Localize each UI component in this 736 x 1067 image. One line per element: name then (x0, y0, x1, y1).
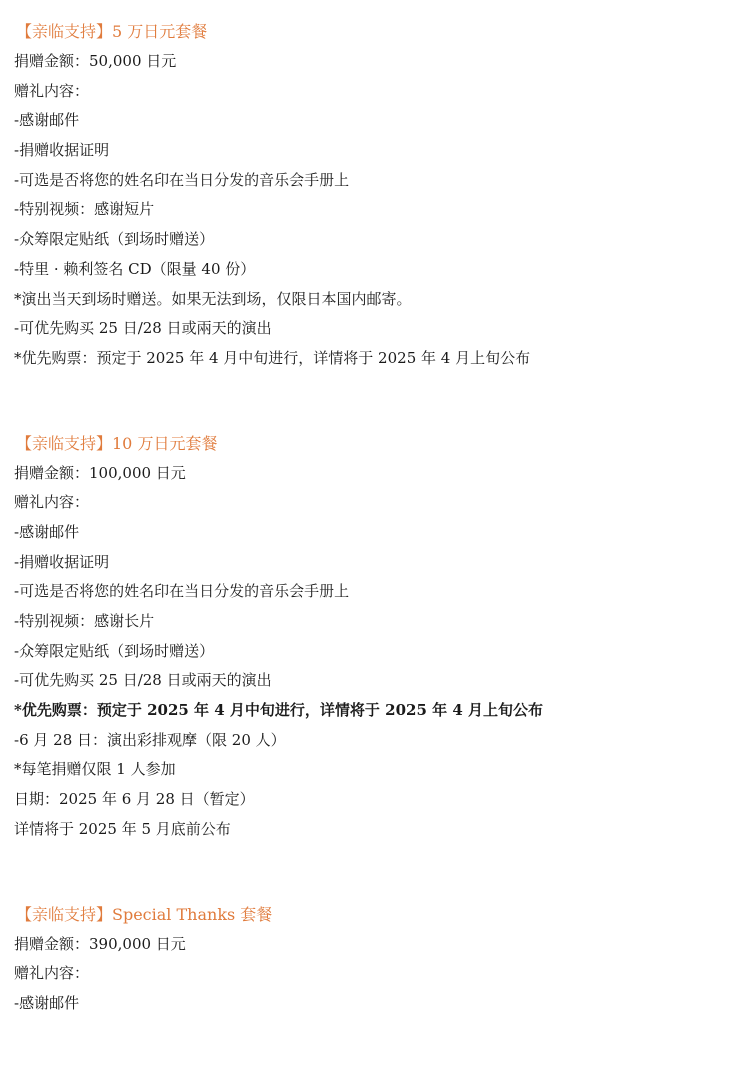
reward-item: -可优先购买 25 日/28 日或兩天的演出 (14, 314, 736, 344)
reward-note: *优先购票：预定于 2025 年 4 月中旬进行，详情将于 2025 年 4 月… (14, 344, 736, 374)
document: 【亲临支持】5 万日元套餐 捐赠金额：50,000 日元 赠礼内容： -感谢邮件… (0, 0, 736, 1019)
reward-item: -可选是否将您的姓名印在当日分发的音乐会手册上 (14, 166, 736, 196)
reward-item: -众筹限定贴纸（到场时赠送） (14, 637, 736, 667)
donation-amount: 捐赠金额：390,000 日元 (14, 930, 736, 960)
reward-note: *每笔捐赠仅限 1 人参加 (14, 755, 736, 785)
donation-amount: 捐赠金额：100,000 日元 (14, 459, 736, 489)
package-50000: 【亲临支持】5 万日元套餐 捐赠金额：50,000 日元 赠礼内容： -感谢邮件… (14, 17, 736, 374)
reward-date: 日期：2025 年 6 月 28 日（暂定） (14, 785, 736, 815)
reward-item: -可优先购买 25 日/28 日或兩天的演出 (14, 666, 736, 696)
rewards-label: 赠礼内容： (14, 488, 736, 518)
reward-note: 详情将于 2025 年 5 月底前公布 (14, 815, 736, 845)
reward-item: -捐赠收据证明 (14, 548, 736, 578)
package-title: 【亲临支持】Special Thanks 套餐 (16, 900, 736, 930)
reward-note: *优先购票：预定于 2025 年 4 月中旬进行，详情将于 2025 年 4 月… (14, 696, 736, 726)
rewards-label: 赠礼内容： (14, 77, 736, 107)
package-title: 【亲临支持】10 万日元套餐 (16, 429, 736, 459)
reward-item: -众筹限定贴纸（到场时赠送） (14, 225, 736, 255)
reward-item: -捐赠收据证明 (14, 136, 736, 166)
reward-item: -特里 · 赖利签名 CD（限量 40 份） (14, 255, 736, 285)
package-title: 【亲临支持】5 万日元套餐 (16, 17, 736, 47)
reward-note: *演出当天到场时赠送。如果无法到场，仅限日本国内邮寄。 (14, 285, 736, 315)
package-100000: 【亲临支持】10 万日元套餐 捐赠金额：100,000 日元 赠礼内容： -感谢… (14, 429, 736, 845)
package-special-thanks: 【亲临支持】Special Thanks 套餐 捐赠金额：390,000 日元 … (14, 900, 736, 1019)
reward-item: -感谢邮件 (14, 106, 736, 136)
reward-item: -感谢邮件 (14, 989, 736, 1019)
reward-item: -可选是否将您的姓名印在当日分发的音乐会手册上 (14, 577, 736, 607)
reward-item: -感谢邮件 (14, 518, 736, 548)
reward-item: -6 月 28 日：演出彩排观摩（限 20 人） (14, 726, 736, 756)
reward-item: -特别视频：感谢长片 (14, 607, 736, 637)
reward-item: -特别视频：感谢短片 (14, 195, 736, 225)
rewards-label: 赠礼内容： (14, 959, 736, 989)
donation-amount: 捐赠金额：50,000 日元 (14, 47, 736, 77)
